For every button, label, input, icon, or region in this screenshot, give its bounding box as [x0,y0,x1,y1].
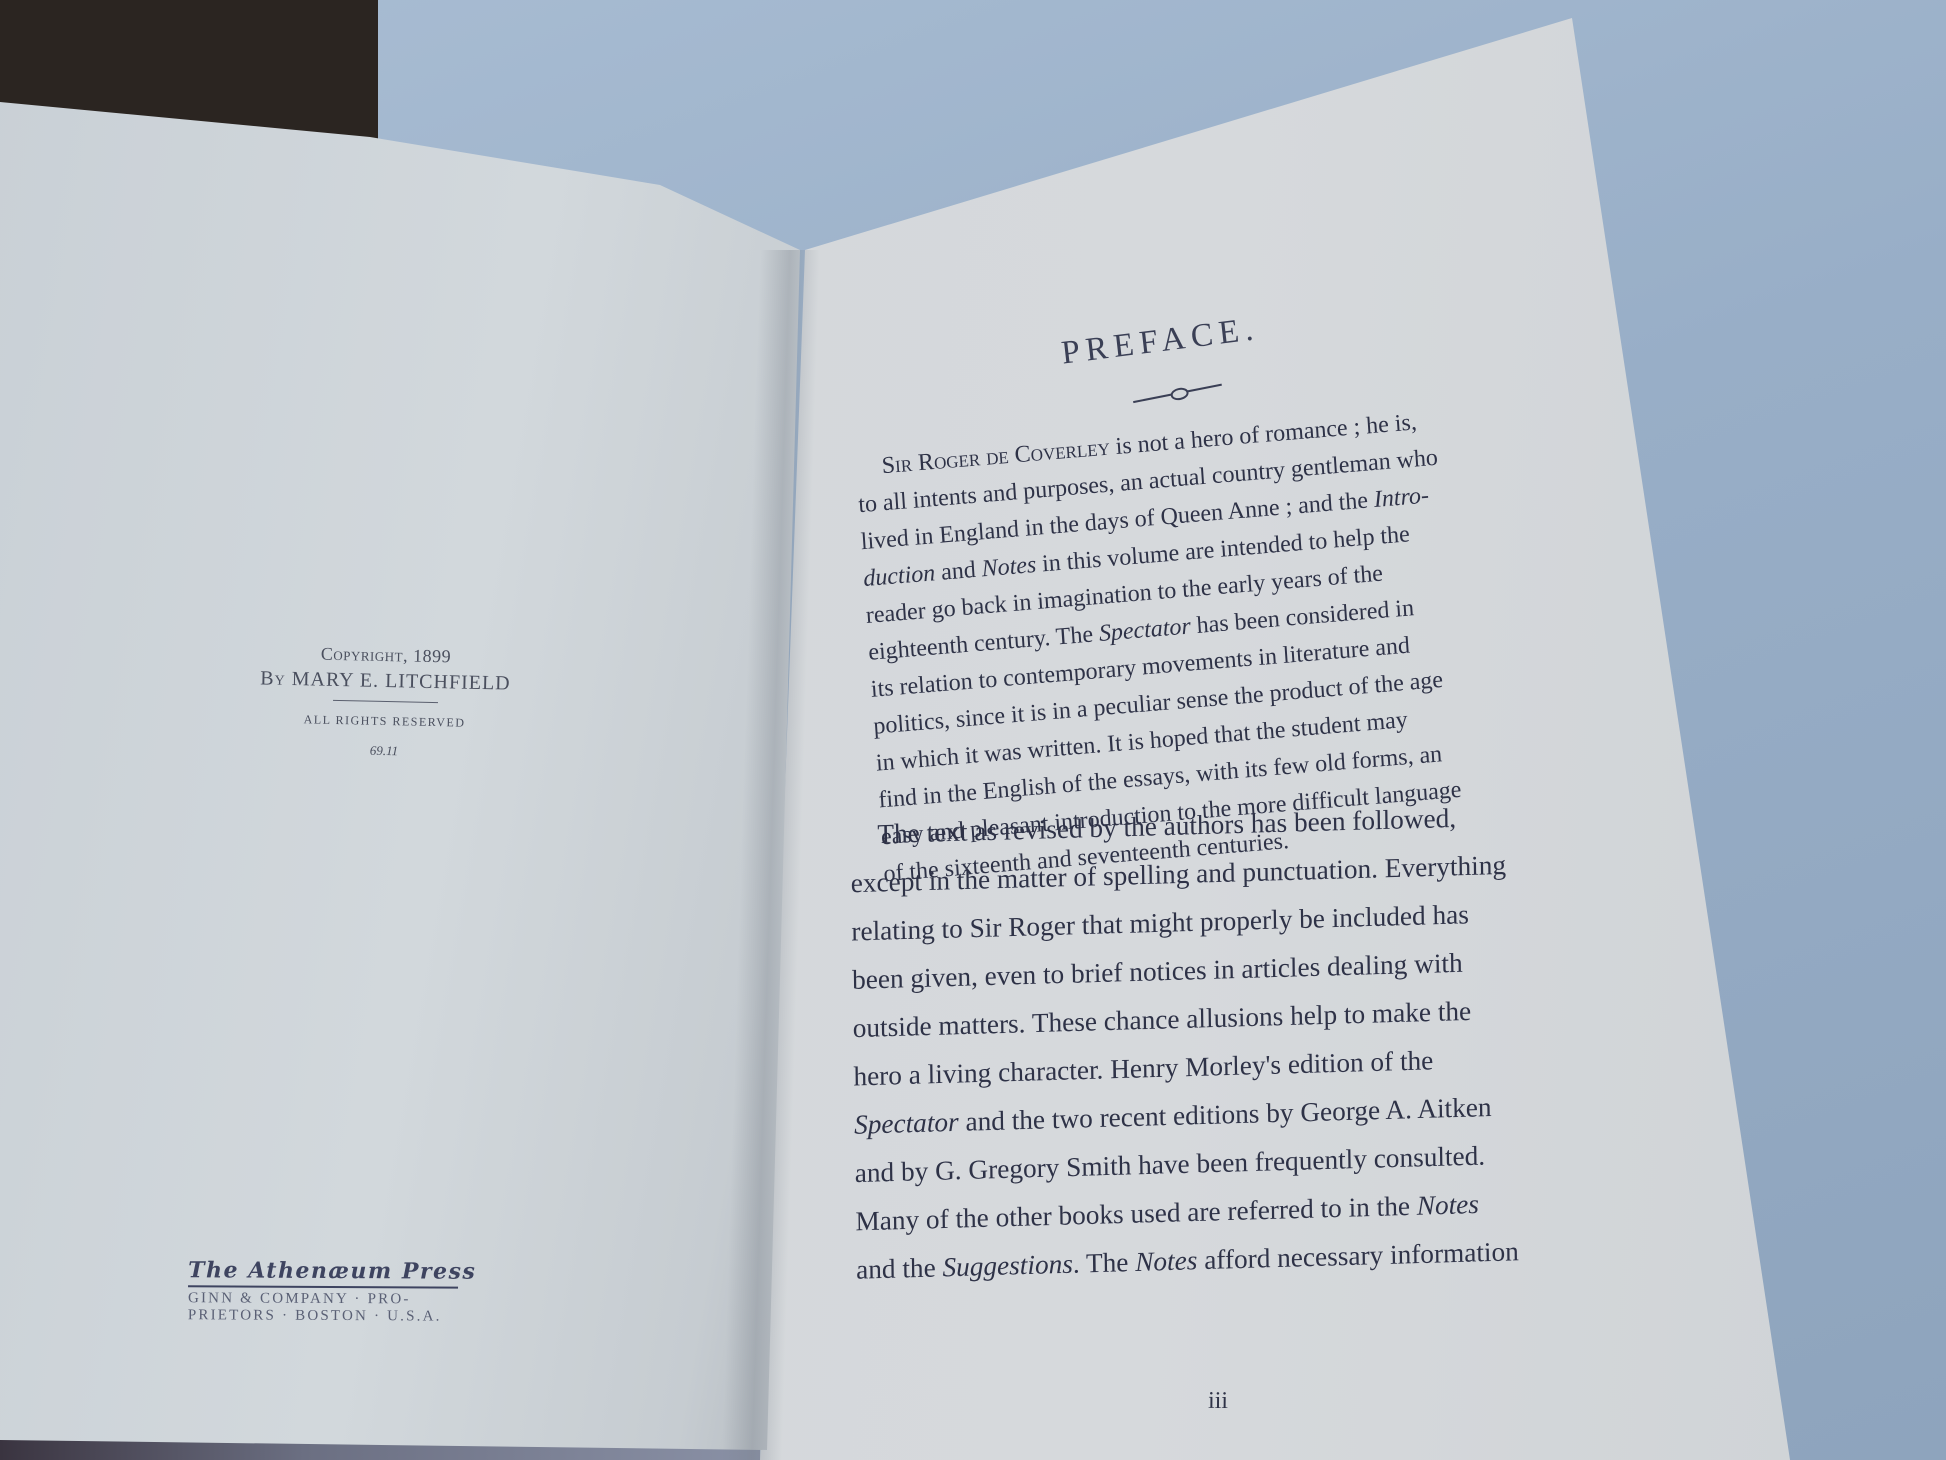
preface-paragraph-2: The text as revised by the authors has b… [850,788,1696,1295]
press-line-2: PRIETORS · BOSTON · U.S.A. [188,1307,478,1326]
divider [333,700,438,703]
copyright-notice: Copyright, 1899 By MARY E. LITCHFIELD Al… [234,642,536,762]
printer-imprint: The Athenæum Press GINN & COMPANY · PRO-… [188,1257,478,1326]
rights-reserved: All Rights Reserved [234,711,534,732]
photo-scene: Copyright, 1899 By MARY E. LITCHFIELD Al… [0,0,1946,1460]
divider [188,1285,458,1288]
press-name: The Athenæum Press [188,1257,478,1285]
copyright-author: By MARY E. LITCHFIELD [235,667,535,696]
press-line-1: GINN & COMPANY · PRO- [188,1290,478,1309]
page-number: iii [1208,1388,1228,1415]
